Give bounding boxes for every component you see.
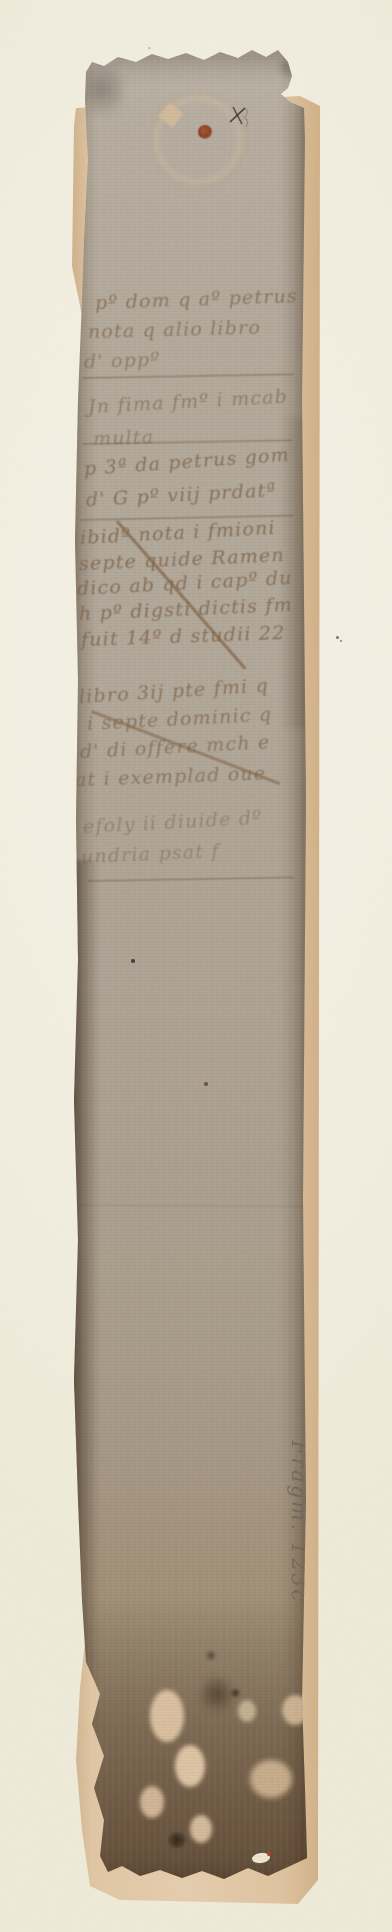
speck xyxy=(131,959,135,963)
manuscript-text-line: d' G pº viij prdatª xyxy=(85,479,277,511)
manuscript-text-line: efoly ii diuide dº xyxy=(82,807,262,838)
manuscript-text-line: ibidº nota i fmioni xyxy=(79,517,276,549)
flaked-patch xyxy=(150,1690,184,1742)
flaked-patch xyxy=(175,1745,205,1787)
dark-blotch xyxy=(200,1672,234,1716)
dark-spot xyxy=(230,1688,241,1698)
ink-mark xyxy=(228,102,254,132)
flaked-patch xyxy=(238,1700,256,1722)
bottom-wash-stain xyxy=(70,1600,310,1884)
manuscript-text-line: undria psat f xyxy=(81,840,221,868)
manuscript-photo: pº dom q aº petrus nota q alio libro d' … xyxy=(0,0,392,1932)
manuscript-text-line: Jn fima fmº i mcab xyxy=(87,386,288,418)
wax-seal-dot xyxy=(198,125,212,139)
parchment-fragment: pº dom q aº petrus nota q alio libro d' … xyxy=(70,44,310,1884)
mount-speck xyxy=(340,640,342,642)
manuscript-text-line: nota q alio libro xyxy=(88,316,262,343)
manuscript-text-line: pº dom q aº petrus xyxy=(95,285,299,314)
ruling-line xyxy=(82,373,294,378)
top-right-stain xyxy=(276,56,302,78)
ruling-line xyxy=(88,876,294,881)
manuscript-text-line: fuit 14º d studii 22 xyxy=(81,622,286,651)
red-speck xyxy=(267,1852,271,1856)
manuscript-text-line: d' oppº xyxy=(84,348,161,373)
dark-spot xyxy=(168,1832,186,1848)
flaked-patch xyxy=(140,1786,164,1818)
dark-spot xyxy=(205,1650,217,1661)
crease-line xyxy=(70,1204,306,1207)
speck xyxy=(204,1082,208,1086)
flaked-patch xyxy=(250,1760,292,1798)
mount-speck xyxy=(148,47,151,49)
mount-speck xyxy=(336,636,339,639)
manuscript-text-line: multa xyxy=(93,426,155,450)
manuscript-text-line: d' di offere mch e xyxy=(79,731,270,763)
flaked-patch xyxy=(190,1815,212,1843)
manuscript-text-line: libro 3ij pte fmi q xyxy=(78,674,269,708)
